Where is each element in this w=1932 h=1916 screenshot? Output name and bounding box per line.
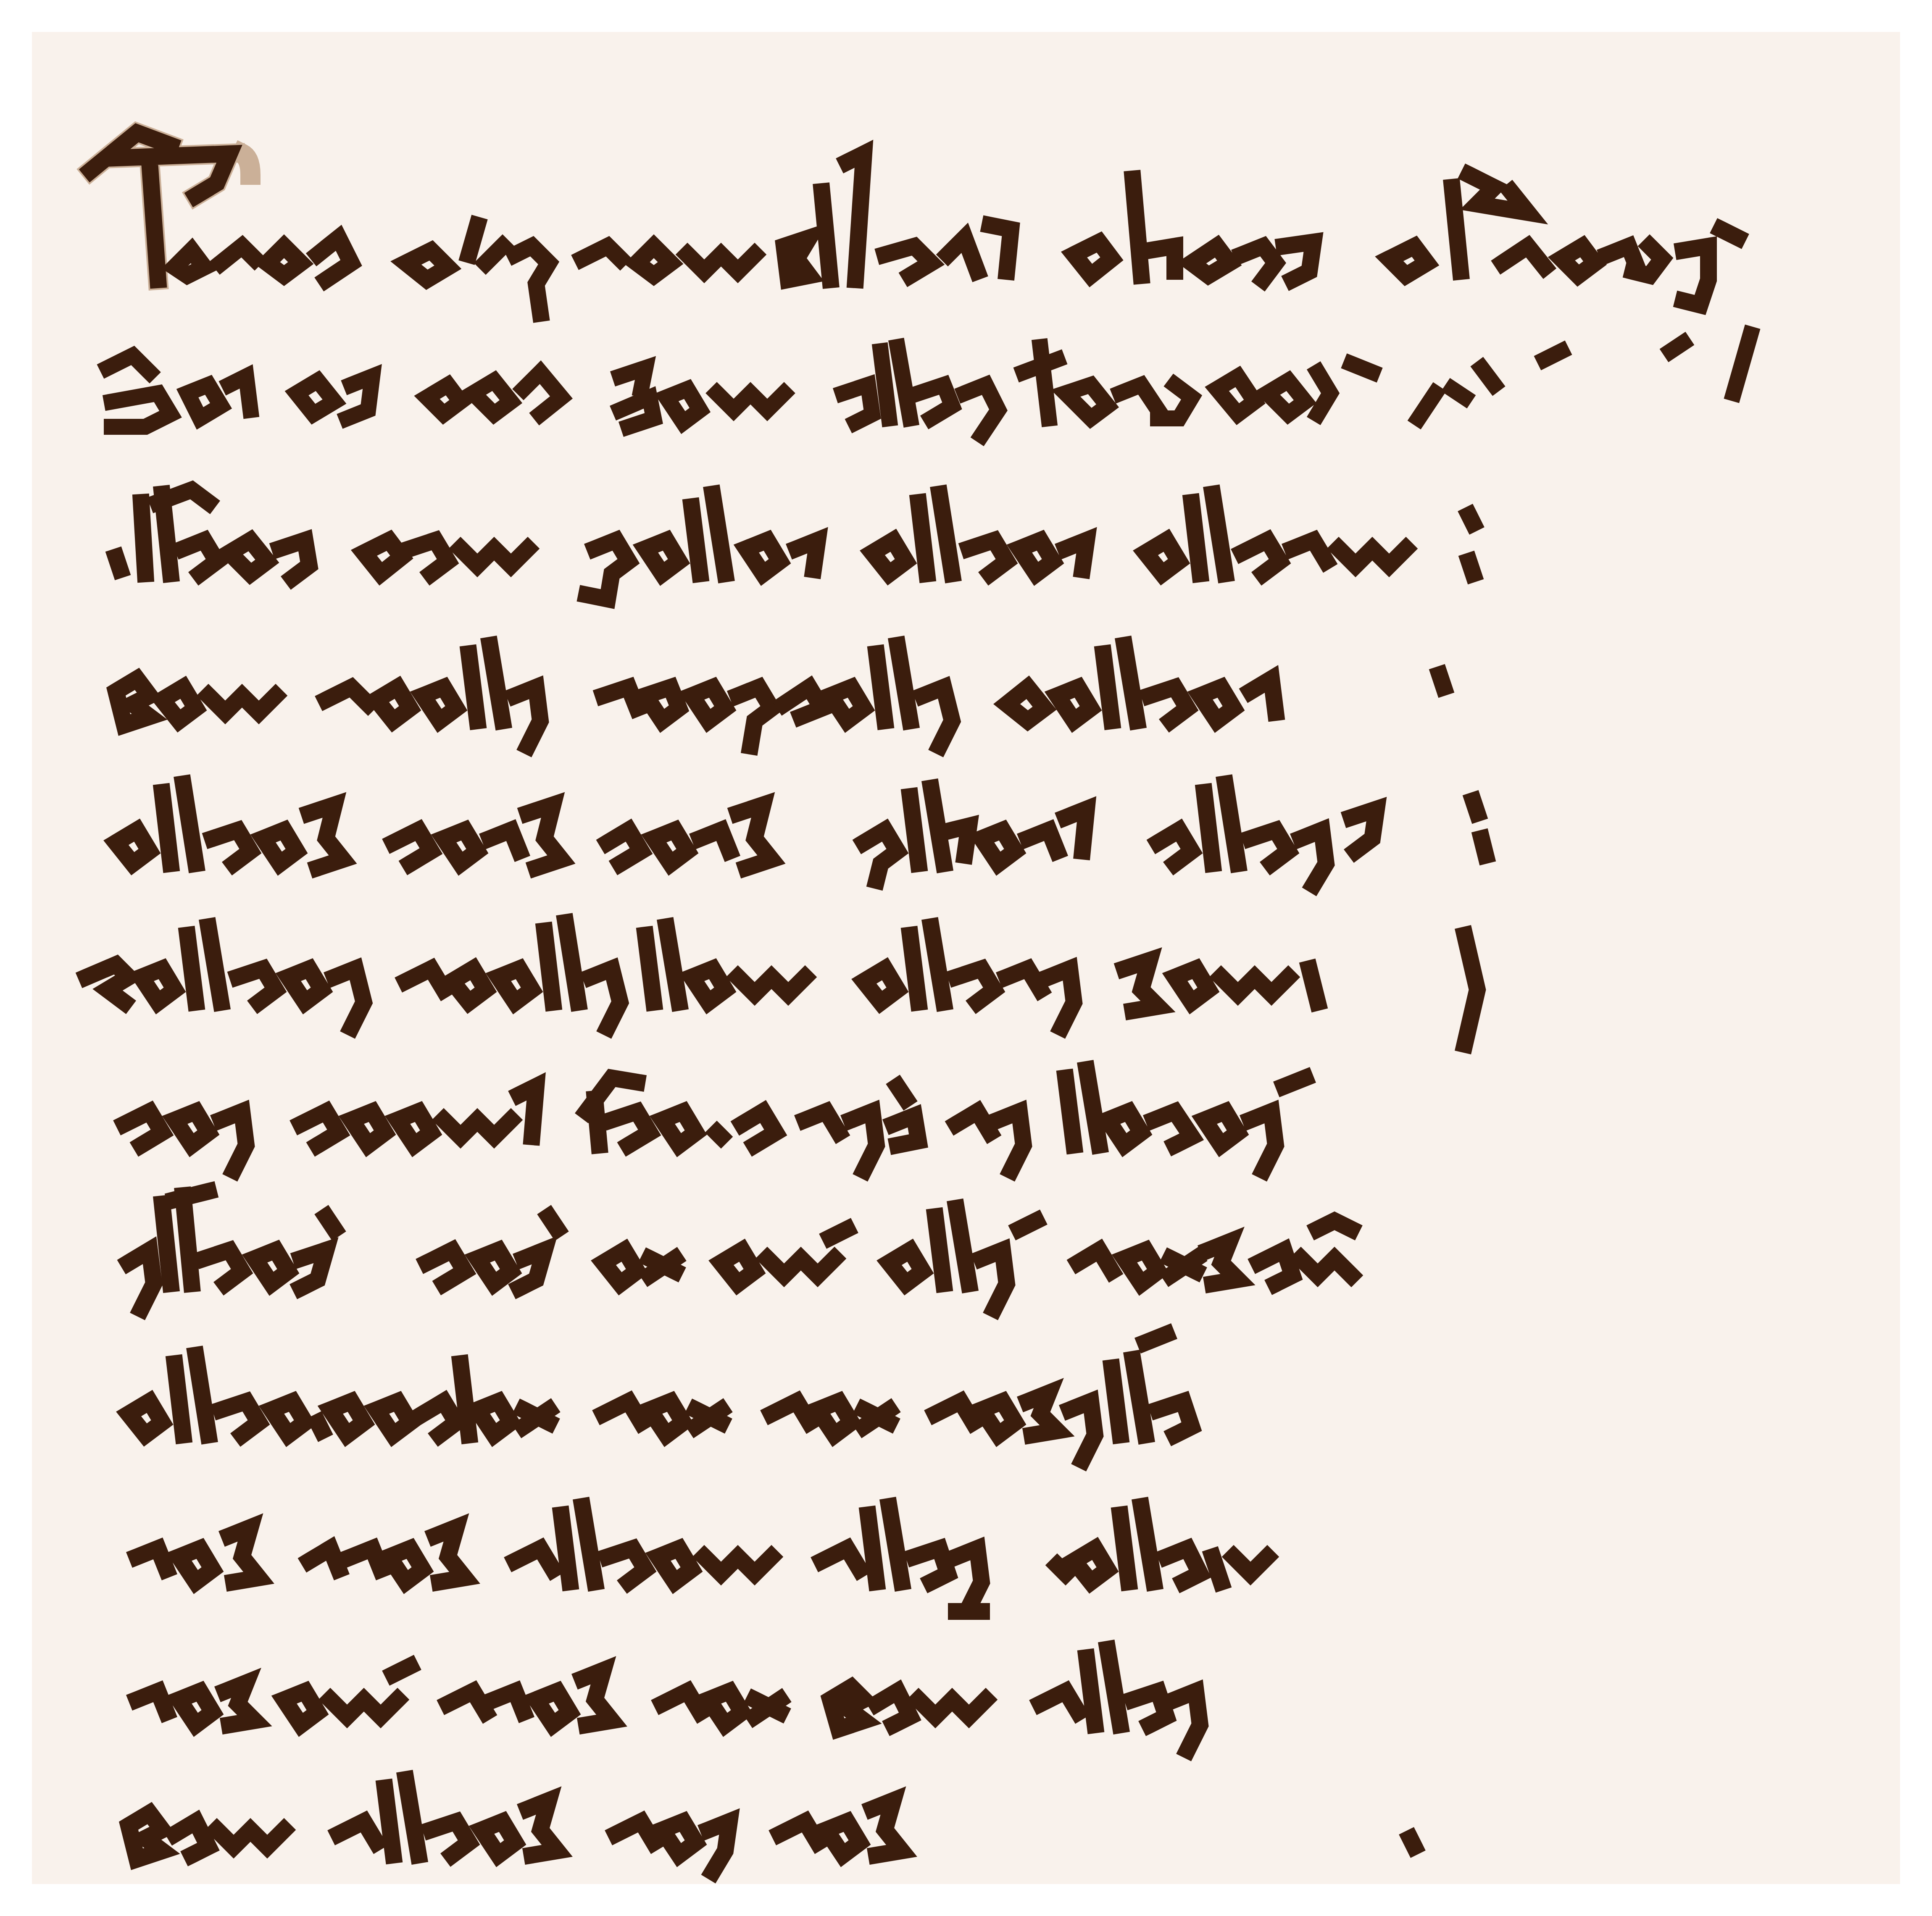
script-line-8 xyxy=(32,1175,1900,1317)
document-kind: handwritten manuscript page (undeciphere… xyxy=(32,32,32,32)
script-line-1 xyxy=(32,87,1900,305)
line-count: 13 xyxy=(32,32,32,32)
script-line-9 xyxy=(32,1326,1900,1469)
script-line-5 xyxy=(32,754,1900,893)
handwritten-glyphs xyxy=(32,309,1900,448)
handwritten-glyphs xyxy=(32,1326,1900,1469)
script-line-4 xyxy=(32,612,1900,750)
script-line-6 xyxy=(32,893,1900,1032)
handwritten-glyphs xyxy=(32,893,1900,1032)
handwritten-glyphs xyxy=(32,612,1900,750)
handwritten-glyphs xyxy=(32,465,1900,603)
handwritten-glyphs xyxy=(32,1616,1900,1754)
handwritten-glyphs xyxy=(32,87,1900,305)
script-line-12 xyxy=(32,1746,1900,1872)
handwritten-glyphs xyxy=(32,1473,1900,1611)
script-line-11 xyxy=(32,1616,1900,1754)
handwritten-glyphs xyxy=(32,754,1900,893)
script-line-7 xyxy=(32,1036,1900,1175)
handwritten-glyphs xyxy=(32,1036,1900,1175)
handwritten-glyphs xyxy=(32,1746,1900,1872)
manuscript-page: handwritten manuscript page (undeciphere… xyxy=(32,32,1900,1884)
handwritten-glyphs xyxy=(32,1175,1900,1317)
script-line-10 xyxy=(32,1473,1900,1611)
script-line-2 xyxy=(32,309,1900,448)
script-line-3 xyxy=(32,465,1900,603)
